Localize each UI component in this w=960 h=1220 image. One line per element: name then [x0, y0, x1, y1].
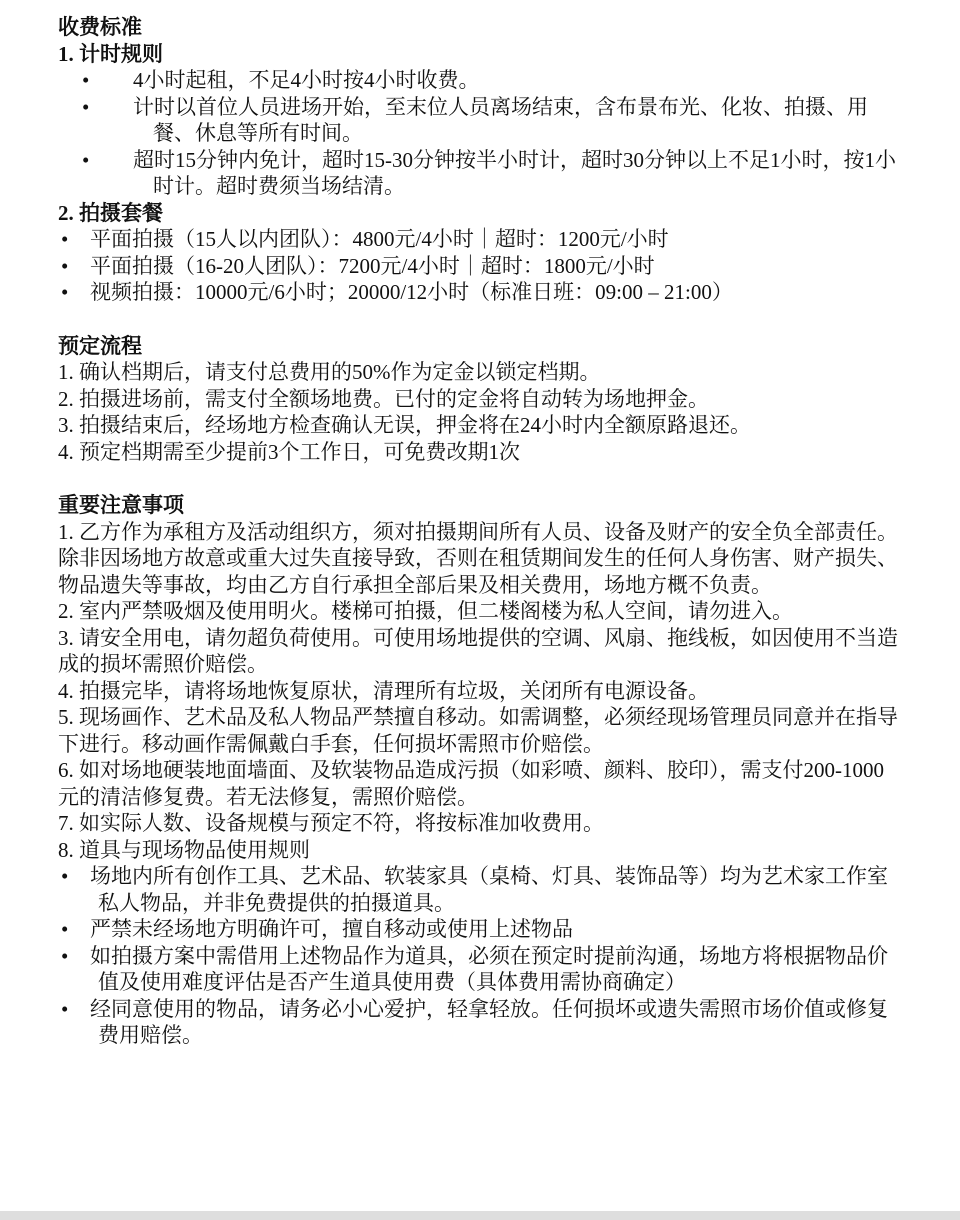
package-text: 平面拍摄（15人以内团队）：4800元/4小时｜超时：1200元/小时: [90, 227, 669, 251]
bullet-icon: •: [61, 943, 68, 970]
note-item: 5. 现场画作、艺术品及私人物品严禁擅自移动。如需调整，必须经现场管理员同意并在…: [58, 704, 898, 757]
bullet-icon: •: [61, 279, 68, 306]
package-text: 平面拍摄（16-20人团队）：7200元/4小时｜超时：1800元/小时: [90, 254, 655, 278]
bullet-icon: •: [82, 94, 89, 121]
section-title-notes: 重要注意事项: [58, 492, 898, 519]
bullet-icon: •: [61, 226, 68, 253]
timing-rule-text: 计时以首位人员进场开始，至末位人员离场结束，含布景布光、化妆、拍摄、用餐、休息等…: [133, 94, 898, 147]
section-title-fees: 收费标准: [58, 14, 898, 41]
bullet-icon: •: [82, 67, 89, 94]
note-item: 4. 拍摄完毕，请将场地恢复原状，清理所有垃圾，关闭所有电源设备。: [58, 678, 898, 705]
list-item: • 如拍摄方案中需借用上述物品作为道具，必须在预定时提前沟通，场地方将根据物品价…: [58, 943, 898, 996]
booking-step: 3. 拍摄结束后，经场地方检查确认无误，押金将在24小时内全额原路退还。: [58, 412, 898, 439]
list-item: • 经同意使用的物品，请务必小心爱护，轻拿轻放。任何损坏或遗失需照市场价值或修复…: [58, 996, 898, 1049]
bullet-icon: •: [61, 996, 68, 1023]
note-item: 7. 如实际人数、设备规模与预定不符，将按标准加收费用。: [58, 810, 898, 837]
list-item: • 视频拍摄：10000元/6小时；20000/12小时（标准日班：09:00 …: [58, 279, 898, 306]
note-item: 6. 如对场地硬装地面墙面、及软装物品造成污损（如彩喷、颜料、胶印），需支付20…: [58, 757, 898, 810]
timing-rule-text: 4小时起租，不足4小时按4小时收费。: [133, 67, 898, 94]
document-body: 收费标准 1. 计时规则 • 4小时起租，不足4小时按4小时收费。 • 计时以首…: [58, 14, 898, 1049]
props-rule-text: 如拍摄方案中需借用上述物品作为道具，必须在预定时提前沟通，场地方将根据物品价值及…: [90, 943, 898, 996]
list-item: • 平面拍摄（15人以内团队）：4800元/4小时｜超时：1200元/小时: [58, 226, 898, 253]
timing-rule-text: 超时15分钟内免计，超时15-30分钟按半小时计，超时30分钟以上不足1小时，按…: [133, 147, 898, 200]
bullet-icon: •: [61, 916, 68, 943]
package-text: 视频拍摄：10000元/6小时；20000/12小时（标准日班：09:00 – …: [90, 280, 733, 304]
booking-step: 1. 确认档期后，请支付总费用的50%作为定金以锁定档期。: [58, 359, 898, 386]
section-title-booking: 预定流程: [58, 333, 898, 360]
list-item: • 严禁未经场地方明确许可，擅自移动或使用上述物品: [58, 916, 898, 943]
bullet-icon: •: [61, 253, 68, 280]
list-item: • 4小时起租，不足4小时按4小时收费。: [58, 67, 898, 94]
bullet-icon: •: [61, 863, 68, 890]
props-rule-text: 严禁未经场地方明确许可，擅自移动或使用上述物品: [90, 916, 898, 943]
booking-step: 4. 预定档期需至少提前3个工作日，可免费改期1次: [58, 439, 898, 466]
note-item: 1. 乙方作为承租方及活动组织方，须对拍摄期间所有人员、设备及财产的安全负全部责…: [58, 519, 898, 599]
subheading-timing-rules: 1. 计时规则: [58, 41, 898, 68]
note-item: 8. 道具与现场物品使用规则: [58, 837, 898, 864]
list-item: • 计时以首位人员进场开始，至末位人员离场结束，含布景布光、化妆、拍摄、用餐、休…: [58, 94, 898, 147]
subheading-packages: 2. 拍摄套餐: [58, 200, 898, 227]
note-item: 3. 请安全用电，请勿超负荷使用。可使用场地提供的空调、风扇、拖线板，如因使用不…: [58, 625, 898, 678]
note-item: 2. 室内严禁吸烟及使用明火。楼梯可拍摄，但二楼阁楼为私人空间，请勿进入。: [58, 598, 898, 625]
list-item: • 超时15分钟内免计，超时15-30分钟按半小时计，超时30分钟以上不足1小时…: [58, 147, 898, 200]
list-item: • 场地内所有创作工具、艺术品、软装家具（桌椅、灯具、装饰品等）均为艺术家工作室…: [58, 863, 898, 916]
props-rule-text: 场地内所有创作工具、艺术品、软装家具（桌椅、灯具、装饰品等）均为艺术家工作室私人…: [90, 863, 898, 916]
bottom-divider-bar: [0, 1211, 960, 1220]
booking-step: 2. 拍摄进场前，需支付全额场地费。已付的定金将自动转为场地押金。: [58, 386, 898, 413]
props-rule-text: 经同意使用的物品，请务必小心爱护，轻拿轻放。任何损坏或遗失需照市场价值或修复费用…: [90, 996, 898, 1049]
bullet-icon: •: [82, 147, 89, 174]
list-item: • 平面拍摄（16-20人团队）：7200元/4小时｜超时：1800元/小时: [58, 253, 898, 280]
